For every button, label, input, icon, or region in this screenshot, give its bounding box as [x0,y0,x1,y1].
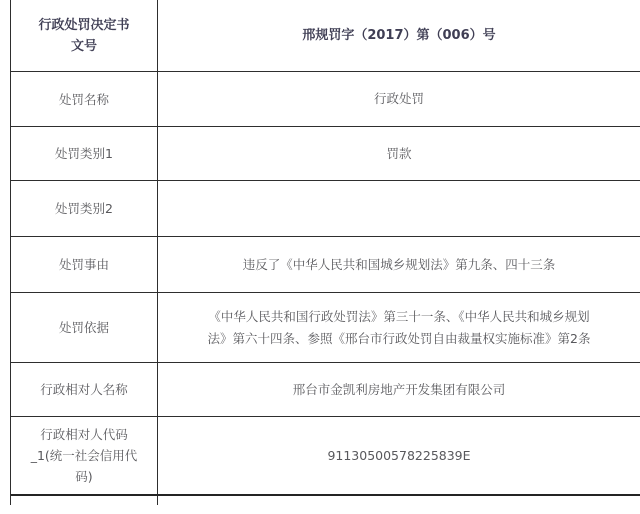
table-row-counterpart-name: 行政相对人名称 邢台市金凯利房地产开发集团有限公司 [11,363,640,417]
table-row-counterpart-code: 行政相对人代码 _1(统一社会信用代 码) 91130500578225839E [11,417,640,496]
table-row-decision-number: 行政处罚决定书 文号 邢规罚字（2017）第（006）号 [11,0,640,72]
table-row-penalty-basis: 处罚依据 《中华人民共和国行政处罚法》第三十一条、《中华人民共和城乡规划 法》第… [11,293,640,363]
penalty-table: 行政处罚决定书 文号 邢规罚字（2017）第（006）号 处罚名称 行政处罚 处… [10,0,640,505]
row-value: 邢台市金凯利房地产开发集团有限公司 [158,363,640,416]
row-label: 行政相对人名称 [11,363,158,416]
page: 行政处罚决定书 文号 邢规罚字（2017）第（006）号 处罚名称 行政处罚 处… [0,0,640,514]
row-value: 罚款 [158,127,640,180]
table-row-partial [11,496,640,505]
table-row-penalty-category-2: 处罚类别2 [11,181,640,237]
row-value: 邢规罚字（2017）第（006）号 [158,0,640,71]
table-row-penalty-category-1: 处罚类别1 罚款 [11,127,640,181]
table-row-penalty-name: 处罚名称 行政处罚 [11,72,640,127]
row-value [158,181,640,236]
table-row-penalty-reason: 处罚事由 违反了《中华人民共和国城乡规划法》第九条、四十三条 [11,237,640,293]
row-label-empty [11,496,158,505]
row-label: 处罚类别2 [11,181,158,236]
row-value: 违反了《中华人民共和国城乡规划法》第九条、四十三条 [158,237,640,292]
row-label: 行政相对人代码 _1(统一社会信用代 码) [11,417,158,494]
row-label: 行政处罚决定书 文号 [11,0,158,71]
row-label: 处罚类别1 [11,127,158,180]
row-value: 行政处罚 [158,72,640,126]
row-value: 91130500578225839E [158,417,640,494]
row-value: 《中华人民共和国行政处罚法》第三十一条、《中华人民共和城乡规划 法》第六十四条、… [158,293,640,362]
row-label: 处罚依据 [11,293,158,362]
row-value-empty [158,496,640,505]
row-label: 处罚事由 [11,237,158,292]
row-label: 处罚名称 [11,72,158,126]
